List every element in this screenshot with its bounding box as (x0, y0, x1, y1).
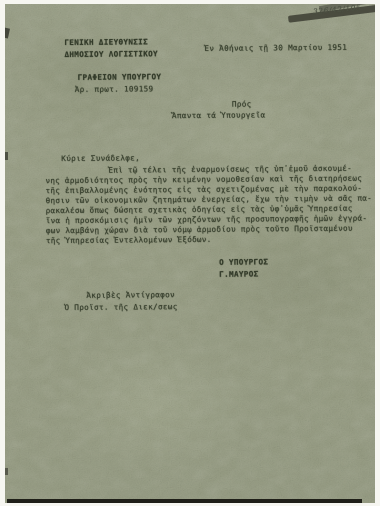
paper-sheet: 326/42/105 ΓΕΝΙΚΗ ΔΙΕΥΘΥΝΣΙΣ ΔΗΜΟΣΙΟΥ ΛΟ… (5, 4, 375, 503)
protocol-number: Ἀρ. πρωτ. 109159 (75, 84, 154, 94)
typed-letter-content: ΓΕΝΙΚΗ ΔΙΕΥΘΥΝΣΙΣ ΔΗΜΟΣΙΟΥ ΛΟΓΙΣΤΙΚΟΥ ΓΡ… (5, 4, 375, 503)
body-line: τῆς Ὑπηρεσίας Ἐντελλομένων Ἐξόδων. (46, 234, 354, 246)
signature-title: Ο ΥΠΟΥΡΓΟΣ (219, 257, 268, 266)
certified-copy-line: Ἀκριβὲς Ἀντίγραφον (86, 290, 175, 300)
issuing-directorate-line2: ΔΗΜΟΣΙΟΥ ΛΟΓΙΣΤΙΚΟΥ (64, 49, 158, 59)
recipient-value: Ἅπαντα τά Ὑπουργεῖα (172, 110, 266, 120)
salutation: Κύριε Συνάδελφε, (61, 153, 140, 163)
scanned-letter-page: 326/42/105 ΓΕΝΙΚΗ ΔΙΕΥΘΥΝΣΙΣ ΔΗΜΟΣΙΟΥ ΛΟ… (0, 0, 380, 506)
signature-name: Γ.ΜΑΥΡΟΣ (219, 269, 258, 278)
certifier-title-line: Ὁ Προϊστ. τῆς Διεκ/σεως (64, 302, 177, 312)
minister-office-line: ΓΡΑΦΕΙΟΝ ΥΠΟΥΡΓΟΥ (78, 72, 162, 82)
recipient-label: Πρός (232, 100, 252, 109)
letter-body: Ἐπὶ τῷ τέλει τῆς ἐναρμονίσεως τῆς ὑπ᾽ἐμο… (45, 164, 354, 246)
issuing-directorate-line1: ΓΕΝΙΚΗ ΔΙΕΥΘΥΝΣΙΣ (64, 37, 148, 47)
date-line: Ἐν Ἀθήναις τῇ 30 Μαρτίου 1951 (204, 43, 347, 53)
